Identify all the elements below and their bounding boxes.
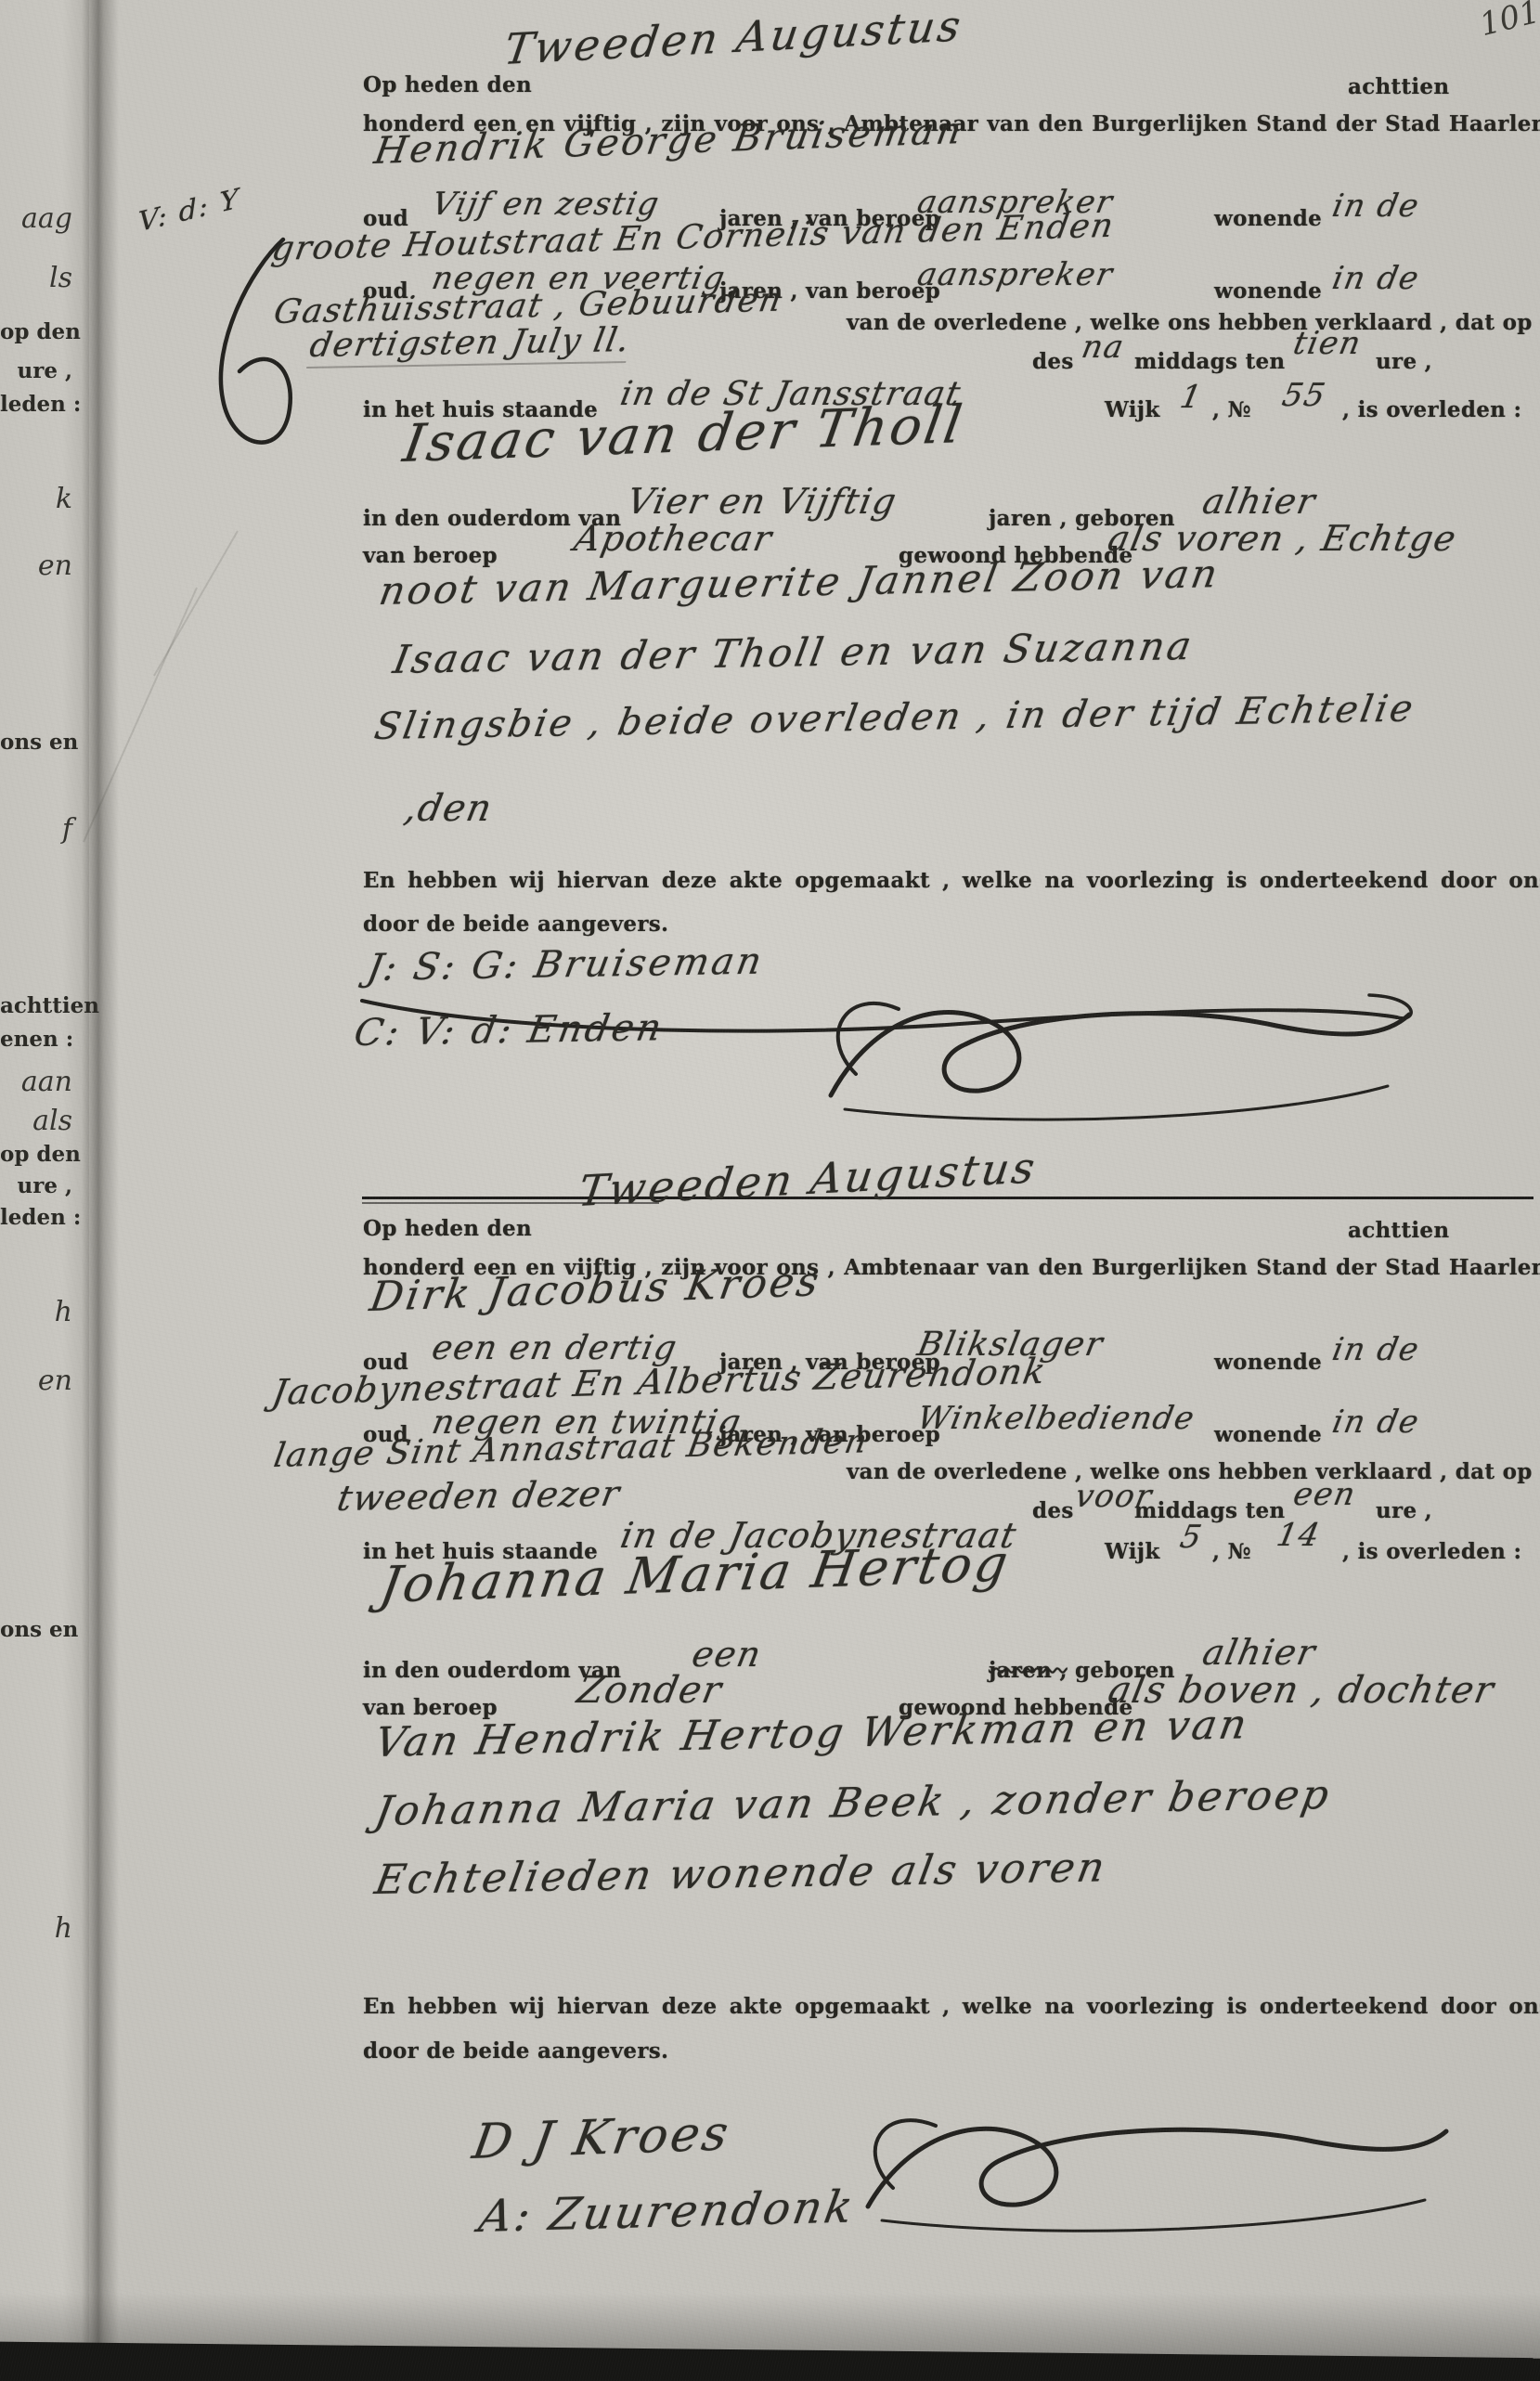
witness1-signature: D J Kroes <box>469 2105 734 2170</box>
closing-line: door de beide aangevers. <box>363 2038 668 2065</box>
form-label: , № <box>1212 1539 1251 1566</box>
relation-line: Echtelieden wonende als voren <box>371 1844 1111 1904</box>
gutter-fragment: op den <box>0 1142 72 1168</box>
gutter-fragment: ure , <box>0 358 72 384</box>
witness1-residence: in de <box>1329 188 1423 225</box>
form-label: van de overledene , welke ons hebben ver… <box>847 310 1540 337</box>
scratch-mark <box>153 531 239 677</box>
gutter-fragment: ls <box>0 262 72 294</box>
form-label: , is overleden : <box>1342 397 1521 424</box>
gutter-fragment: op den <box>0 319 72 345</box>
relation-line: ,den <box>401 787 497 830</box>
witness2-profession: Winkelbediende <box>914 1400 1198 1437</box>
gutter-fragment: h <box>0 1296 72 1328</box>
form-label: Op heden den <box>363 72 532 99</box>
form-label: , is overleden : <box>1342 1539 1521 1566</box>
gutter-fragment: leden : <box>0 392 72 418</box>
form-label: des <box>1032 1498 1074 1525</box>
scanned-death-register-page: aag ls op den ure , leden : k en ons en … <box>0 0 1540 2381</box>
relation-line: Isaac van der Tholl en van Suzanna <box>390 623 1197 682</box>
wijk-number: 1 <box>1177 379 1206 416</box>
form-label: achttien <box>1348 74 1449 101</box>
witness2-residence: in de <box>1329 1404 1423 1441</box>
gutter-fragment: en <box>0 550 72 582</box>
witness1-residence: in de <box>1329 1331 1423 1368</box>
gutter-fragment: en <box>0 1365 72 1397</box>
form-label: Wijk <box>1105 1539 1160 1566</box>
witness2-profession: aanspreker <box>914 256 1117 293</box>
witness1-age: Vijf en zestig <box>429 186 663 223</box>
form-label: wonende <box>1214 278 1322 305</box>
form-label: wonende <box>1214 1422 1322 1449</box>
relation-line: Van Hendrik Hertog Werkman en van <box>371 1701 1253 1766</box>
record-date: Tweeden Augustus <box>576 1142 1041 1216</box>
form-label: des <box>1032 349 1074 376</box>
form-label: wonende <box>1214 1350 1322 1377</box>
deceased-profession: Zonder <box>574 1669 726 1712</box>
binding-gutter-shadow <box>82 0 119 2381</box>
relation-line: Slingsbie , beide overleden , in der tij… <box>371 688 1418 748</box>
gutter-fragment: achttien <box>0 993 72 1019</box>
gutter-fragment: h <box>0 1912 72 1945</box>
gutter-fragment: leden : <box>0 1205 72 1231</box>
gutter-fragment: als <box>0 1105 72 1137</box>
gutter-fragment: enen : <box>0 1027 72 1053</box>
death-daypart: na <box>1079 329 1128 366</box>
form-label: van de overledene , welke ons hebben ver… <box>847 1459 1540 1486</box>
form-label: middags ten <box>1134 349 1285 376</box>
registrar-signature <box>826 2090 1476 2258</box>
death-hour: een <box>1290 1476 1359 1513</box>
witness2-street-relation: lange Sint Annastraat Bekenden <box>271 1422 871 1475</box>
record-separator-line <box>362 1197 1534 1199</box>
record-date: Tweeden Augustus <box>501 0 966 74</box>
birthplace: alhier <box>1199 481 1320 522</box>
death-hour: tien <box>1290 325 1365 362</box>
form-label: ure , <box>1376 1498 1432 1525</box>
closing-line: door de beide aangevers. <box>363 912 668 938</box>
page-number: 101 <box>1476 0 1540 44</box>
deceased-age: Vier en Vijftig <box>624 481 900 522</box>
form-label: , № <box>1212 397 1251 424</box>
deceased-profession: Apothecar <box>571 518 776 559</box>
birthplace: alhier <box>1199 1632 1320 1673</box>
witness2-signature: A: Zuurendonk <box>475 2180 859 2243</box>
form-label: wonende <box>1214 206 1322 233</box>
witness2-signature: C: V: d: Enden <box>351 1006 667 1055</box>
gutter-fragment: ure , <box>0 1173 72 1199</box>
registrar-signature <box>789 970 1439 1146</box>
death-date: dertigsten July ll. <box>306 321 633 369</box>
witness2-residence: in de <box>1329 260 1423 297</box>
gutter-fragment: f <box>0 813 72 846</box>
house-number: 55 <box>1279 377 1329 414</box>
gutter-fragment: aan <box>0 1066 72 1098</box>
relation-line: Johanna Maria van Beek , zonder beroep <box>371 1771 1335 1835</box>
house-number: 14 <box>1274 1517 1324 1554</box>
form-label: achttien <box>1348 1218 1449 1245</box>
gutter-fragment: k <box>0 483 72 515</box>
closing-line: En hebben wij hiervan deze akte opgemaak… <box>363 1994 1540 2021</box>
form-label: Op heden den <box>363 1216 532 1243</box>
relation-line: noot van Marguerite Jannel Zoon van <box>376 550 1223 614</box>
form-label: Wijk <box>1105 397 1160 424</box>
gutter-fragment: ons en <box>0 730 72 756</box>
margin-note: V: d: Y <box>137 183 240 239</box>
death-date: tweeden dezer <box>334 1473 624 1519</box>
gutter-fragment: aag <box>0 202 72 235</box>
form-label: ure , <box>1376 349 1432 376</box>
gutter-fragment: ons en <box>0 1617 72 1643</box>
form-label: middags ten <box>1134 1498 1285 1525</box>
struck-form-label: jaren , <box>989 1658 1068 1685</box>
closing-line: En hebben wij hiervan deze akte opgemaak… <box>363 868 1540 895</box>
